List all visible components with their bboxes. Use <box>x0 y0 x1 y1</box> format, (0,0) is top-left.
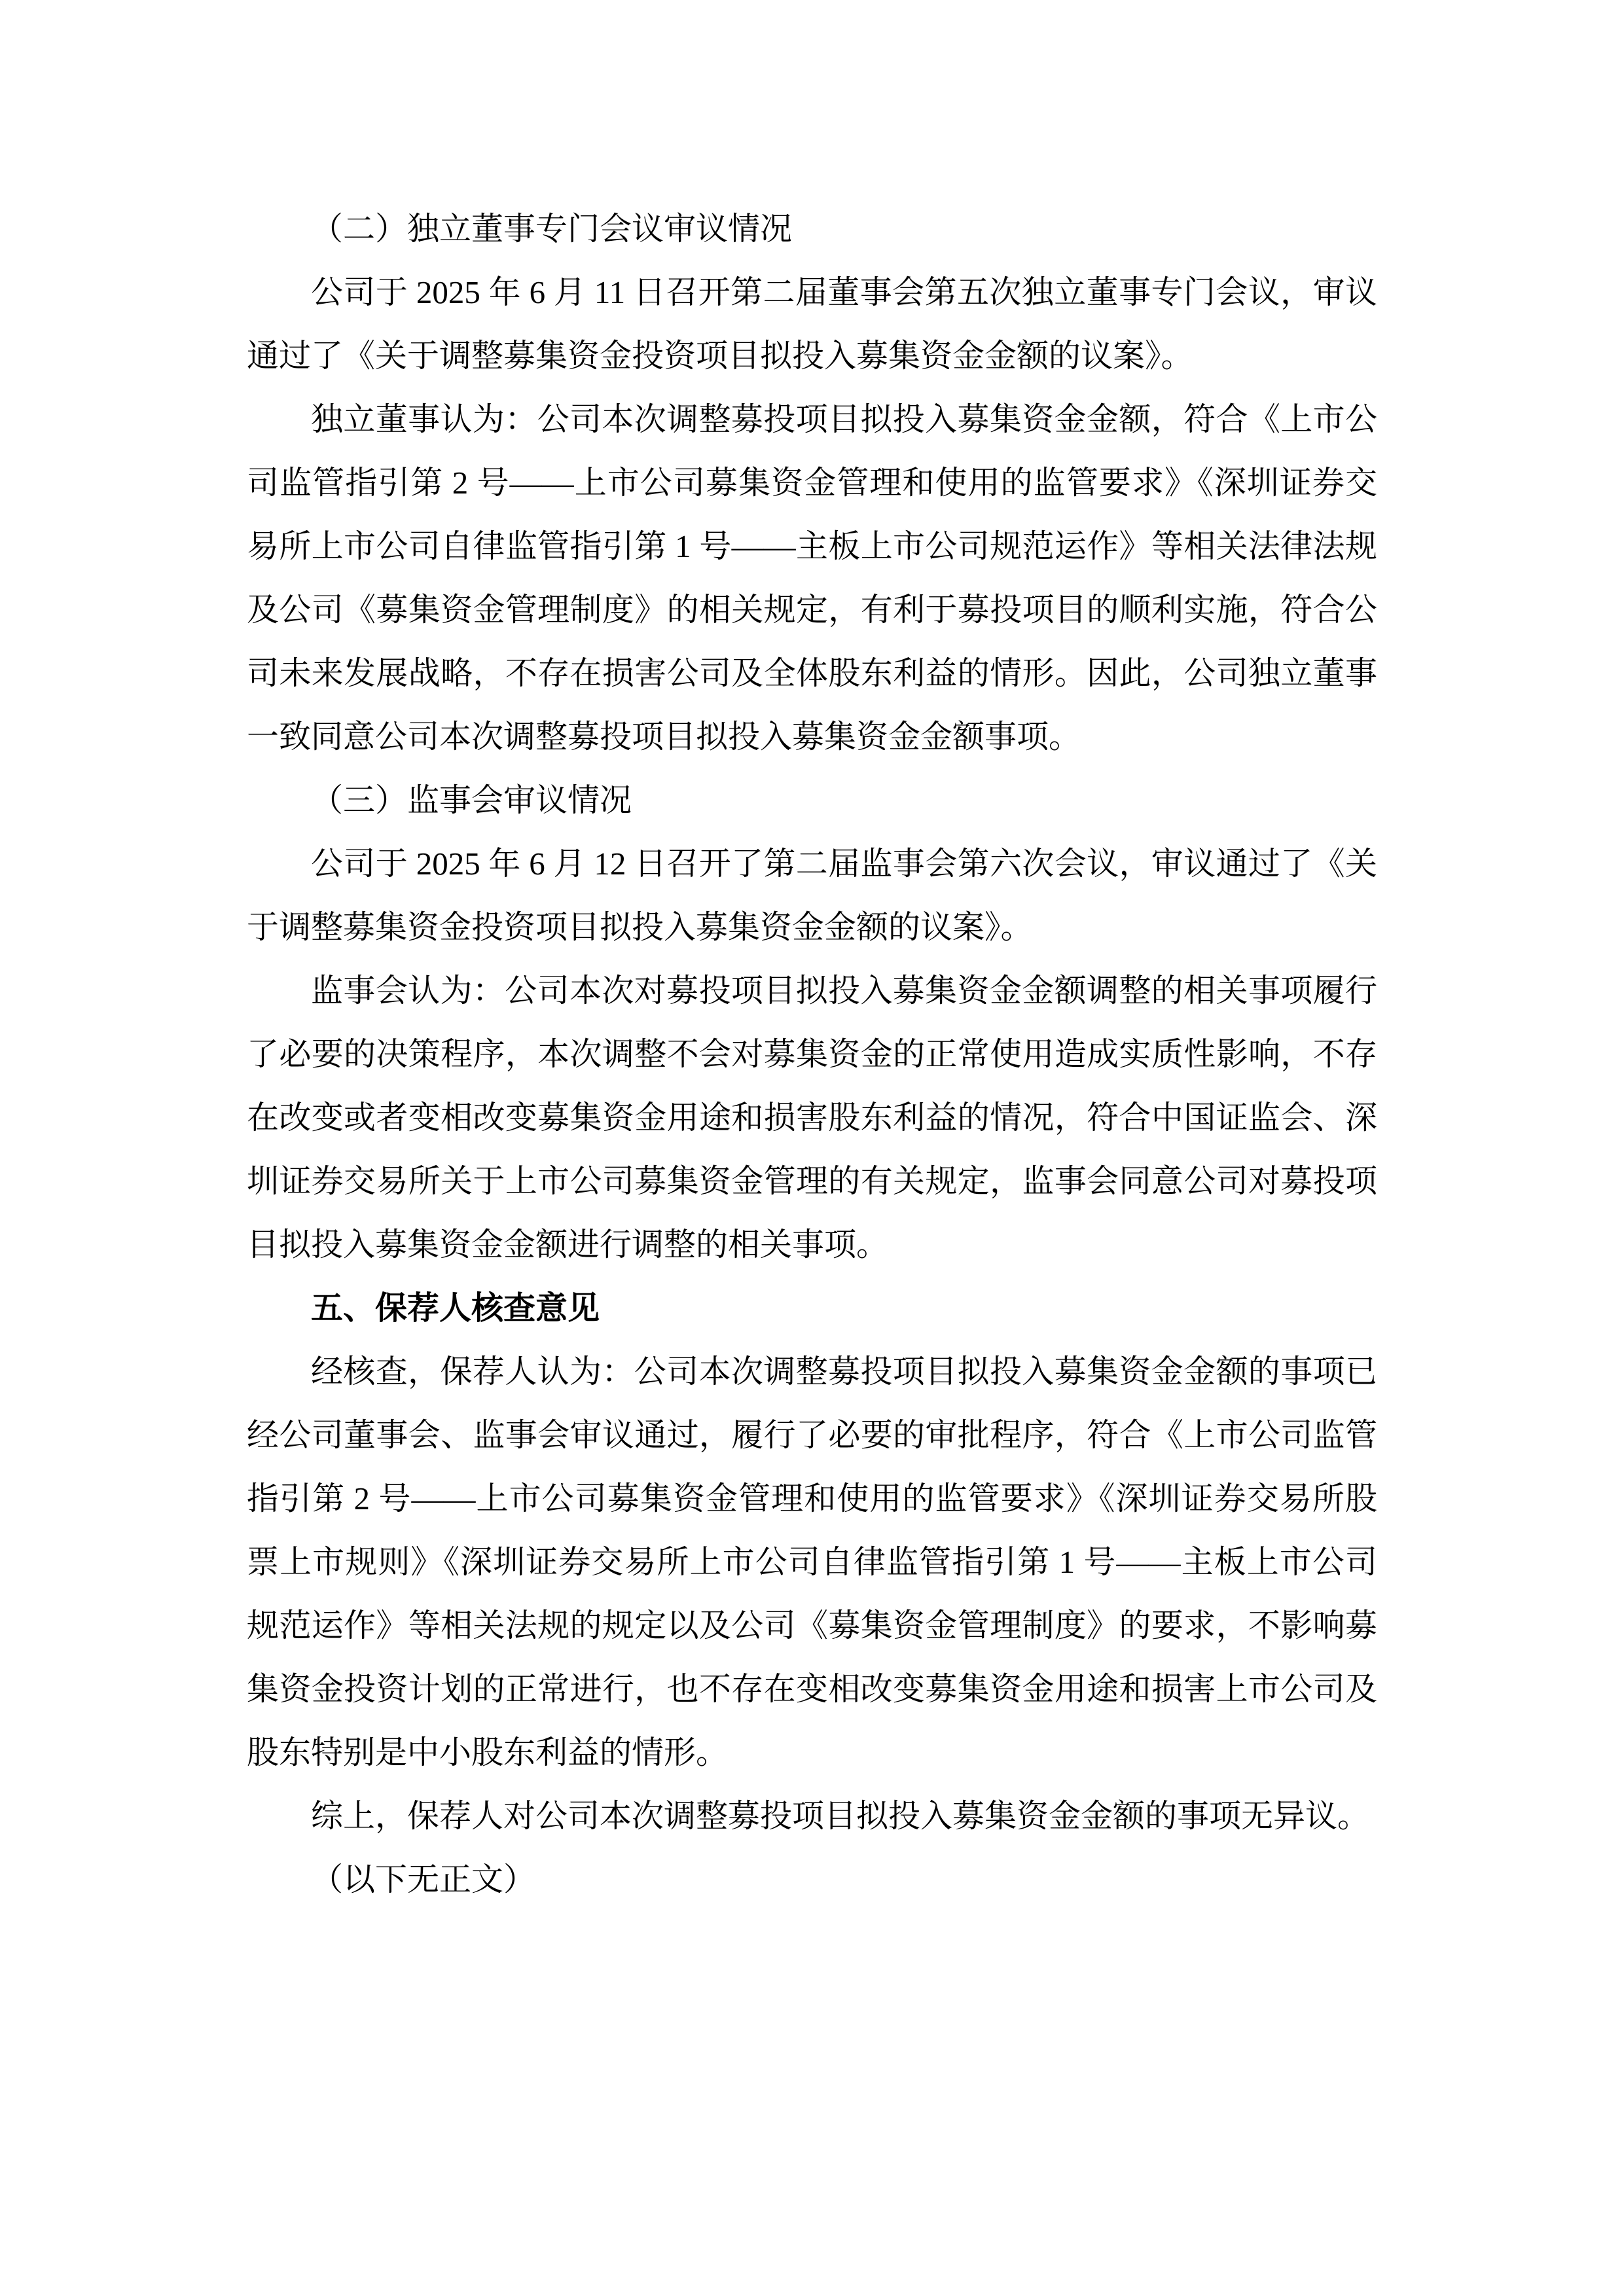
section-heading-line: 五、保荐人核查意见 <box>247 1276 1377 1340</box>
body-text-line: 经核查，保荐人认为：公司本次调整募投项目拟投入募集资金金额的事项已 <box>247 1340 1377 1403</box>
body-text-line: 公司于 2025 年 6 月 11 日召开第二届董事会第五次独立董事专门会议，审… <box>247 260 1377 324</box>
document-body: （二）独立董事专门会议审议情况公司于 2025 年 6 月 11 日召开第二届董… <box>247 197 1377 1911</box>
body-text-line: 易所上市公司自律监管指引第 1 号——主板上市公司规范运作》等相关法律法规 <box>247 514 1377 578</box>
body-text-line: 监事会认为：公司本次对募投项目拟投入募集资金金额调整的相关事项履行 <box>247 959 1377 1022</box>
body-text-line: 司监管指引第 2 号——上市公司募集资金管理和使用的监管要求》《深圳证券交 <box>247 451 1377 514</box>
body-text-line: 通过了《关于调整募集资金投资项目拟投入募集资金金额的议案》。 <box>247 324 1377 387</box>
body-text-line: 及公司《募集资金管理制度》的相关规定，有利于募投项目的顺利实施，符合公 <box>247 578 1377 641</box>
body-text-line: 独立董事认为：公司本次调整募投项目拟投入募集资金金额，符合《上市公 <box>247 387 1377 451</box>
body-text-line: 司未来发展战略，不存在损害公司及全体股东利益的情形。因此，公司独立董事 <box>247 641 1377 705</box>
document-page: （二）独立董事专门会议审议情况公司于 2025 年 6 月 11 日召开第二届董… <box>0 0 1624 2296</box>
body-text-line: 一致同意公司本次调整募投项目拟投入募集资金金额事项。 <box>247 705 1377 768</box>
body-text-line: 目拟投入募集资金金额进行调整的相关事项。 <box>247 1213 1377 1276</box>
body-text-line: 了必要的决策程序，本次调整不会对募集资金的正常使用造成实质性影响，不存 <box>247 1022 1377 1086</box>
body-text-line: 规范运作》等相关法规的规定以及公司《募集资金管理制度》的要求，不影响募 <box>247 1594 1377 1657</box>
body-text-line: （以下无正文） <box>247 1848 1377 1911</box>
subsection-heading-line: （二）独立董事专门会议审议情况 <box>247 197 1377 260</box>
subsection-heading-line: （三）监事会审议情况 <box>247 768 1377 832</box>
body-text-line: 股东特别是中小股东利益的情形。 <box>247 1721 1377 1784</box>
body-text-line: 圳证券交易所关于上市公司募集资金管理的有关规定，监事会同意公司对募投项 <box>247 1149 1377 1213</box>
body-text-line: 公司于 2025 年 6 月 12 日召开了第二届监事会第六次会议，审议通过了《… <box>247 832 1377 895</box>
body-text-line: 于调整募集资金投资项目拟投入募集资金金额的议案》。 <box>247 895 1377 959</box>
body-text-line: 综上，保荐人对公司本次调整募投项目拟投入募集资金金额的事项无异议。 <box>247 1784 1377 1848</box>
body-text-line: 在改变或者变相改变募集资金用途和损害股东利益的情况，符合中国证监会、深 <box>247 1086 1377 1149</box>
body-text-line: 指引第 2 号——上市公司募集资金管理和使用的监管要求》《深圳证券交易所股 <box>247 1467 1377 1530</box>
body-text-line: 票上市规则》《深圳证券交易所上市公司自律监管指引第 1 号——主板上市公司 <box>247 1530 1377 1594</box>
body-text-line: 经公司董事会、监事会审议通过，履行了必要的审批程序，符合《上市公司监管 <box>247 1403 1377 1467</box>
body-text-line: 集资金投资计划的正常进行，也不存在变相改变募集资金用途和损害上市公司及 <box>247 1657 1377 1721</box>
